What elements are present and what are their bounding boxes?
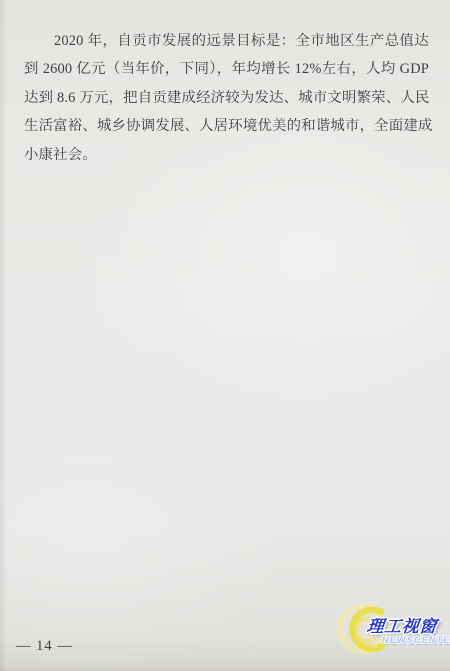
paragraph-line-4: 生活富裕、城乡协调发展、人居环境优美的和谐城市，全面建成 <box>24 112 429 140</box>
paragraph-line-1: 2020 年，自贡市发展的远景目标是：全市地区生产总值达 <box>24 27 429 55</box>
page-number: — 14 — <box>16 638 73 655</box>
body-paragraph: 2020 年，自贡市发展的远景目标是：全市地区生产总值达 到 2600 亿元（当… <box>24 27 429 169</box>
paragraph-line-2: 到 2600 亿元（当年价，下同），年均增长 12%左右，人均 GDP <box>24 55 429 83</box>
newscenter-watermark: 理工视窗 NEWSCENTER <box>336 599 450 671</box>
watermark-subtitle: NEWSCENTER <box>382 635 450 645</box>
paragraph-line-5: 小康社会。 <box>24 141 429 169</box>
scanned-document-page: 2020 年，自贡市发展的远景目标是：全市地区生产总值达 到 2600 亿元（当… <box>0 0 450 671</box>
watermark-title: 理工视窗 <box>366 612 439 637</box>
paragraph-line-3: 达到 8.6 万元，把自贡建成经济较为发达、城市文明繁荣、人民 <box>24 84 429 112</box>
